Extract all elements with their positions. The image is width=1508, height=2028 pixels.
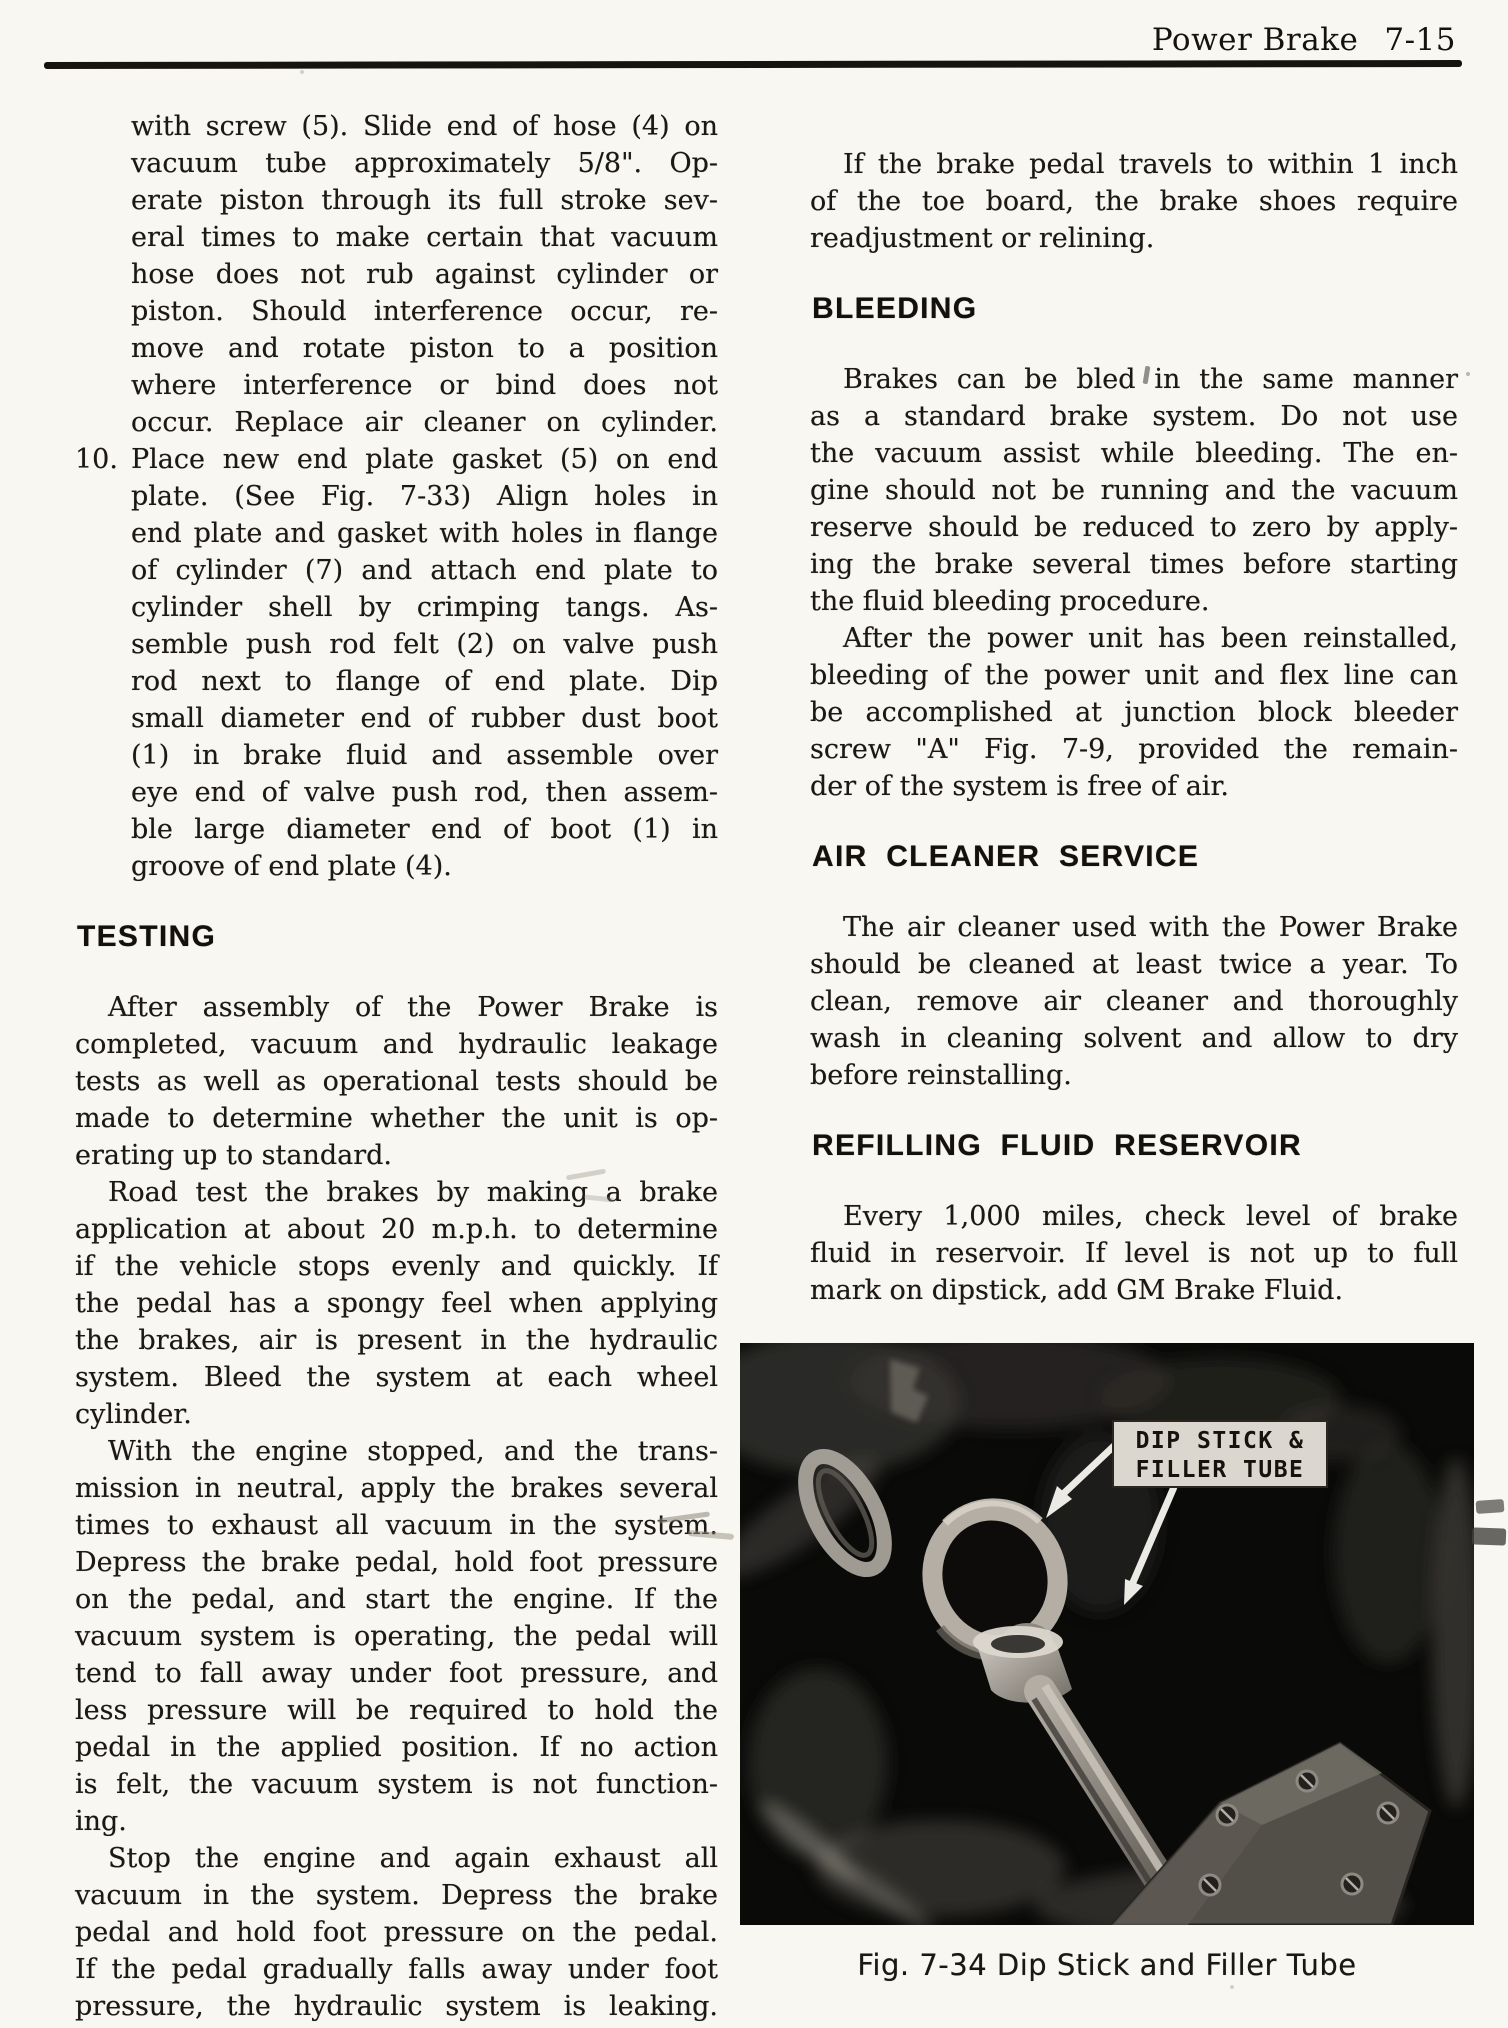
text-line: bleeding of the power unit and flex line… [810, 657, 1458, 694]
text-line: If the brake pedal travels to within 1 i… [810, 146, 1458, 183]
figure-caption: Fig. 7-34 Dip Stick and Filler Tube [740, 1948, 1474, 1982]
text-line: Brakes can be bled in the same manner [810, 361, 1458, 398]
paragraph: Stop the engine and again exhaust allvac… [75, 1840, 718, 2025]
section-heading: BLEEDING [812, 292, 1458, 326]
text-line: fluid in reservoir. If level is not up t… [810, 1235, 1458, 1272]
text-line: cylinder. [75, 1396, 718, 1433]
manual-page: { "header": { "section": "Power Brake", … [0, 0, 1508, 2028]
paragraph: After assembly of the Power Brake iscomp… [75, 989, 718, 1174]
text-line: After assembly of the Power Brake is [75, 989, 718, 1026]
text-line: the fluid bleeding procedure. [810, 583, 1458, 620]
paragraph: Brakes can be bled in the same manneras … [810, 361, 1458, 620]
text-line: pressure, the hydraulic system is leakin… [75, 1988, 718, 2025]
text-line: piston. Should interference occur, re- [75, 293, 718, 330]
text-line: vacuum system is operating, the pedal wi… [75, 1618, 718, 1655]
paragraph: The air cleaner used with the Power Brak… [810, 909, 1458, 1094]
text-line: vacuum in the system. Depress the brake [75, 1877, 718, 1914]
text-line: times to exhaust all vacuum in the syste… [75, 1507, 718, 1544]
text-line: plate. (See Fig. 7-33) Align holes in [75, 478, 718, 515]
scan-speck [300, 70, 304, 74]
text-line: If the pedal gradually falls away under … [75, 1951, 718, 1988]
text-line: is felt, the vacuum system is not functi… [75, 1766, 718, 1803]
text-line: ing the brake several times before start… [810, 546, 1458, 583]
page-header: Power Brake7-15 [1152, 22, 1456, 58]
text-line: mission in neutral, apply the brakes sev… [75, 1470, 718, 1507]
list-number: 10. [75, 441, 118, 478]
paragraph: If the brake pedal travels to within 1 i… [810, 146, 1458, 257]
text-line: mark on dipstick, add GM Brake Fluid. [810, 1272, 1458, 1309]
text-line: tend to fall away under foot pressure, a… [75, 1655, 718, 1692]
text-line: der of the system is free of air. [810, 768, 1458, 805]
text-line: Road test the brakes by making a brake [75, 1174, 718, 1211]
text-line: the vacuum assist while bleeding. The en… [810, 435, 1458, 472]
text-line: vacuum tube approximately 5/8". Op- [75, 145, 718, 182]
column-right: If the brake pedal travels to within 1 i… [810, 108, 1458, 1309]
numbered-list-block: with screw (5). Slide end of hose (4) on… [75, 108, 718, 441]
header-rule [44, 60, 1462, 69]
text-line: application at about 20 m.p.h. to determ… [75, 1211, 718, 1248]
section-heading: REFILLING FLUID RESERVOIR [812, 1129, 1458, 1163]
text-line: Every 1,000 miles, check level of brake [810, 1198, 1458, 1235]
text-line: the brakes, air is present in the hydrau… [75, 1322, 718, 1359]
text-line: as a standard brake system. Do not use [810, 398, 1458, 435]
text-line: The air cleaner used with the Power Brak… [810, 909, 1458, 946]
paragraph: Road test the brakes by making a brakeap… [75, 1174, 718, 1433]
text-line: where interference or bind does not [75, 367, 718, 404]
text-line: small diameter end of rubber dust boot [75, 700, 718, 737]
text-line: clean, remove air cleaner and thoroughly [810, 983, 1458, 1020]
text-line: 10.Place new end plate gasket (5) on end [75, 441, 718, 478]
text-line: wash in cleaning solvent and allow to dr… [810, 1020, 1458, 1057]
text-line: with screw (5). Slide end of hose (4) on [75, 108, 718, 145]
text-line: of cylinder (7) and attach end plate to [75, 552, 718, 589]
text-line: cylinder shell by crimping tangs. As- [75, 589, 718, 626]
figure-photo: DIP STICK & FILLER TUBE [740, 1343, 1474, 1925]
text-line: less pressure will be required to hold t… [75, 1692, 718, 1729]
section-heading: TESTING [77, 920, 718, 954]
text-line: groove of end plate (4). [75, 848, 718, 885]
text-line: occur. Replace air cleaner on cylinder. [75, 404, 718, 441]
section-heading: AIR CLEANER SERVICE [812, 840, 1458, 874]
text-line: After the power unit has been reinstalle… [810, 620, 1458, 657]
text-line: before reinstalling. [810, 1057, 1458, 1094]
paragraph: With the engine stopped, and the trans-m… [75, 1433, 718, 1840]
figure-label-line2: FILLER TUBE [1136, 1457, 1305, 1483]
text-line: ing. [75, 1803, 718, 1840]
section-title: Power Brake [1152, 22, 1359, 58]
figure-label-line1: DIP STICK & [1136, 1428, 1305, 1454]
text-line: if the vehicle stops evenly and quickly.… [75, 1248, 718, 1285]
text-line: semble push rod felt (2) on valve push [75, 626, 718, 663]
text-line: With the engine stopped, and the trans- [75, 1433, 718, 1470]
text-line: of the toe board, the brake shoes requir… [810, 183, 1458, 220]
text-line: reserve should be reduced to zero by app… [810, 509, 1458, 546]
scan-smudge [1476, 1499, 1505, 1514]
text-line: pedal in the applied position. If no act… [75, 1729, 718, 1766]
text-line: screw "A" Fig. 7-9, provided the remain- [810, 731, 1458, 768]
paragraph: Every 1,000 miles, check level of brakef… [810, 1198, 1458, 1309]
numbered-list-block: 10.Place new end plate gasket (5) on end… [75, 441, 718, 885]
text-line: eral times to make certain that vacuum [75, 219, 718, 256]
text-line: tests as well as operational tests shoul… [75, 1063, 718, 1100]
text-line: should be cleaned at least twice a year.… [810, 946, 1458, 983]
text-line: erating up to standard. [75, 1137, 718, 1174]
text-line: (1) in brake fluid and assemble over [75, 737, 718, 774]
text-line: readjustment or relining. [810, 220, 1458, 257]
scan-speck [1230, 1985, 1234, 1989]
text-line: Stop the engine and again exhaust all [75, 1840, 718, 1877]
paragraph: After the power unit has been reinstalle… [810, 620, 1458, 805]
column-left: with screw (5). Slide end of hose (4) on… [75, 108, 718, 2025]
text-line: be accomplished at junction block bleede… [810, 694, 1458, 731]
text-line: on the pedal, and start the engine. If t… [75, 1581, 718, 1618]
page-number: 7-15 [1384, 22, 1456, 58]
text-line: made to determine whether the unit is op… [75, 1100, 718, 1137]
scan-smudge [1472, 1527, 1507, 1545]
text-line: gine should not be running and the vacuu… [810, 472, 1458, 509]
text-line: system. Bleed the system at each wheel [75, 1359, 718, 1396]
text-line: pedal and hold foot pressure on the peda… [75, 1914, 718, 1951]
text-line: erate piston through its full stroke sev… [75, 182, 718, 219]
text-line: ble large diameter end of boot (1) in [75, 811, 718, 848]
text-line: the pedal has a spongy feel when applyin… [75, 1285, 718, 1322]
text-line: rod next to flange of end plate. Dip [75, 663, 718, 700]
text-line: hose does not rub against cylinder or [75, 256, 718, 293]
text-line: eye end of valve push rod, then assem- [75, 774, 718, 811]
text-line: move and rotate piston to a position [75, 330, 718, 367]
scan-speck [1466, 372, 1470, 376]
text-line: Depress the brake pedal, hold foot press… [75, 1544, 718, 1581]
text-line: end plate and gasket with holes in flang… [75, 515, 718, 552]
text-line: completed, vacuum and hydraulic leakage [75, 1026, 718, 1063]
